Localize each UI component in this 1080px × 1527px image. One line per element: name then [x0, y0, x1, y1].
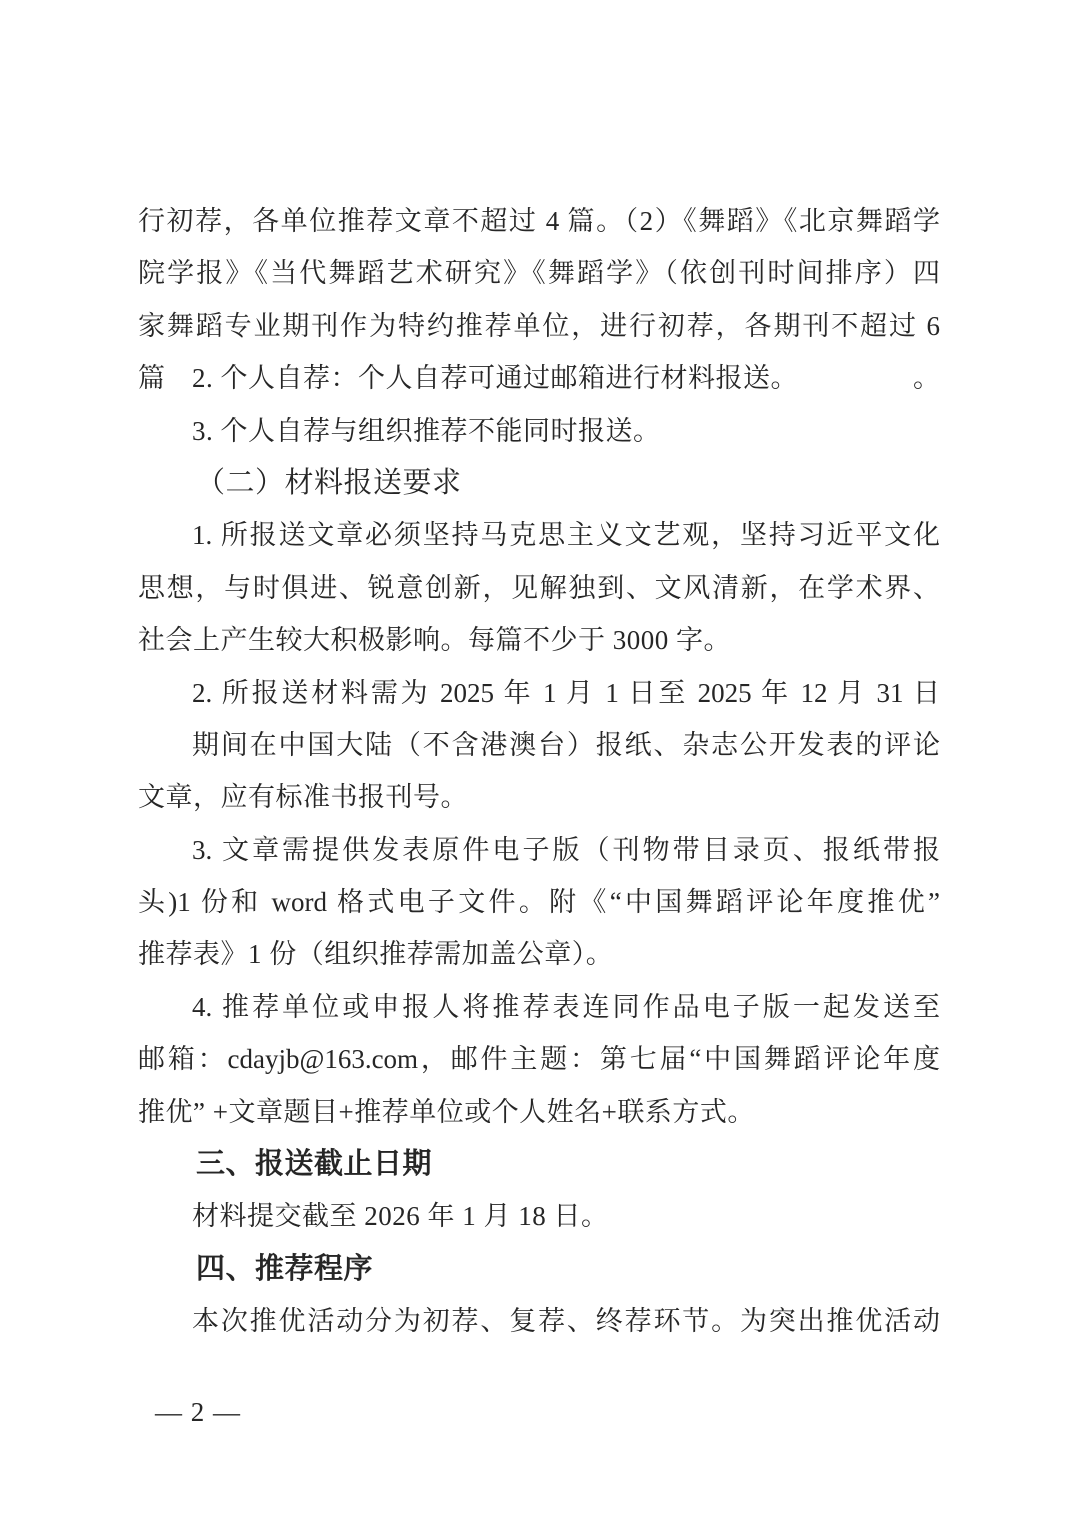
doc-line: 家舞蹈专业期刊作为特约推荐单位，进行初荐，各期刊不超过 6 篇。: [138, 300, 940, 352]
doc-line: 文章，应有标准书报刊号。: [138, 771, 940, 823]
doc-line: 3. 文章需提供发表原件电子版（刊物带目录页、报纸带报: [138, 824, 940, 876]
doc-line: 院学报》《当代舞蹈艺术研究》《舞蹈学》（依创刊时间排序）四: [138, 247, 940, 299]
doc-line: 推荐表》1 份（组织推荐需加盖公章）。: [138, 928, 940, 980]
doc-line: 头)1 份和 word 格式电子文件。附《“中国舞蹈评论年度推优”: [138, 876, 940, 928]
section-3-heading: 三、报送截止日期: [138, 1138, 940, 1190]
doc-line: 推优” +文章题目+推荐单位或个人姓名+联系方式。: [138, 1086, 940, 1138]
document-page: 行初荐，各单位推荐文章不超过 4 篇。（2）《舞蹈》《北京舞蹈学 院学报》《当代…: [0, 0, 1080, 1527]
doc-line: 社会上产生较大积极影响。每篇不少于 3000 字。: [138, 614, 940, 666]
doc-line: 1. 所报送文章必须坚持马克思主义文艺观，坚持习近平文化: [138, 509, 940, 561]
doc-line: 行初荐，各单位推荐文章不超过 4 篇。（2）《舞蹈》《北京舞蹈学: [138, 195, 940, 247]
section-4-heading: 四、推荐程序: [138, 1243, 940, 1295]
doc-line: 期间在中国大陆（不含港澳台）报纸、杂志公开发表的评论: [138, 719, 940, 771]
doc-line: 邮箱：cdayjb@163.com，邮件主题：第七届“中国舞蹈评论年度: [138, 1033, 940, 1085]
doc-line: 材料提交截至 2026 年 1 月 18 日。: [138, 1190, 940, 1242]
subsection-2-heading: （二）材料报送要求: [138, 457, 940, 509]
doc-line: 2. 所报送材料需为 2025 年 1 月 1 日至 2025 年 12 月 3…: [138, 667, 940, 719]
doc-line: 本次推优活动分为初荐、复荐、终荐环节。为突出推优活动: [138, 1295, 940, 1347]
doc-line: 4. 推荐单位或申报人将推荐表连同作品电子版一起发送至: [138, 981, 940, 1033]
doc-line: 3. 个人自荐与组织推荐不能同时报送。: [138, 405, 940, 457]
document-body: 行初荐，各单位推荐文章不超过 4 篇。（2）《舞蹈》《北京舞蹈学 院学报》《当代…: [138, 195, 940, 1348]
page-number: — 2 —: [155, 1396, 241, 1428]
doc-line: 思想，与时俱进、锐意创新，见解独到、文风清新，在学术界、: [138, 562, 940, 614]
